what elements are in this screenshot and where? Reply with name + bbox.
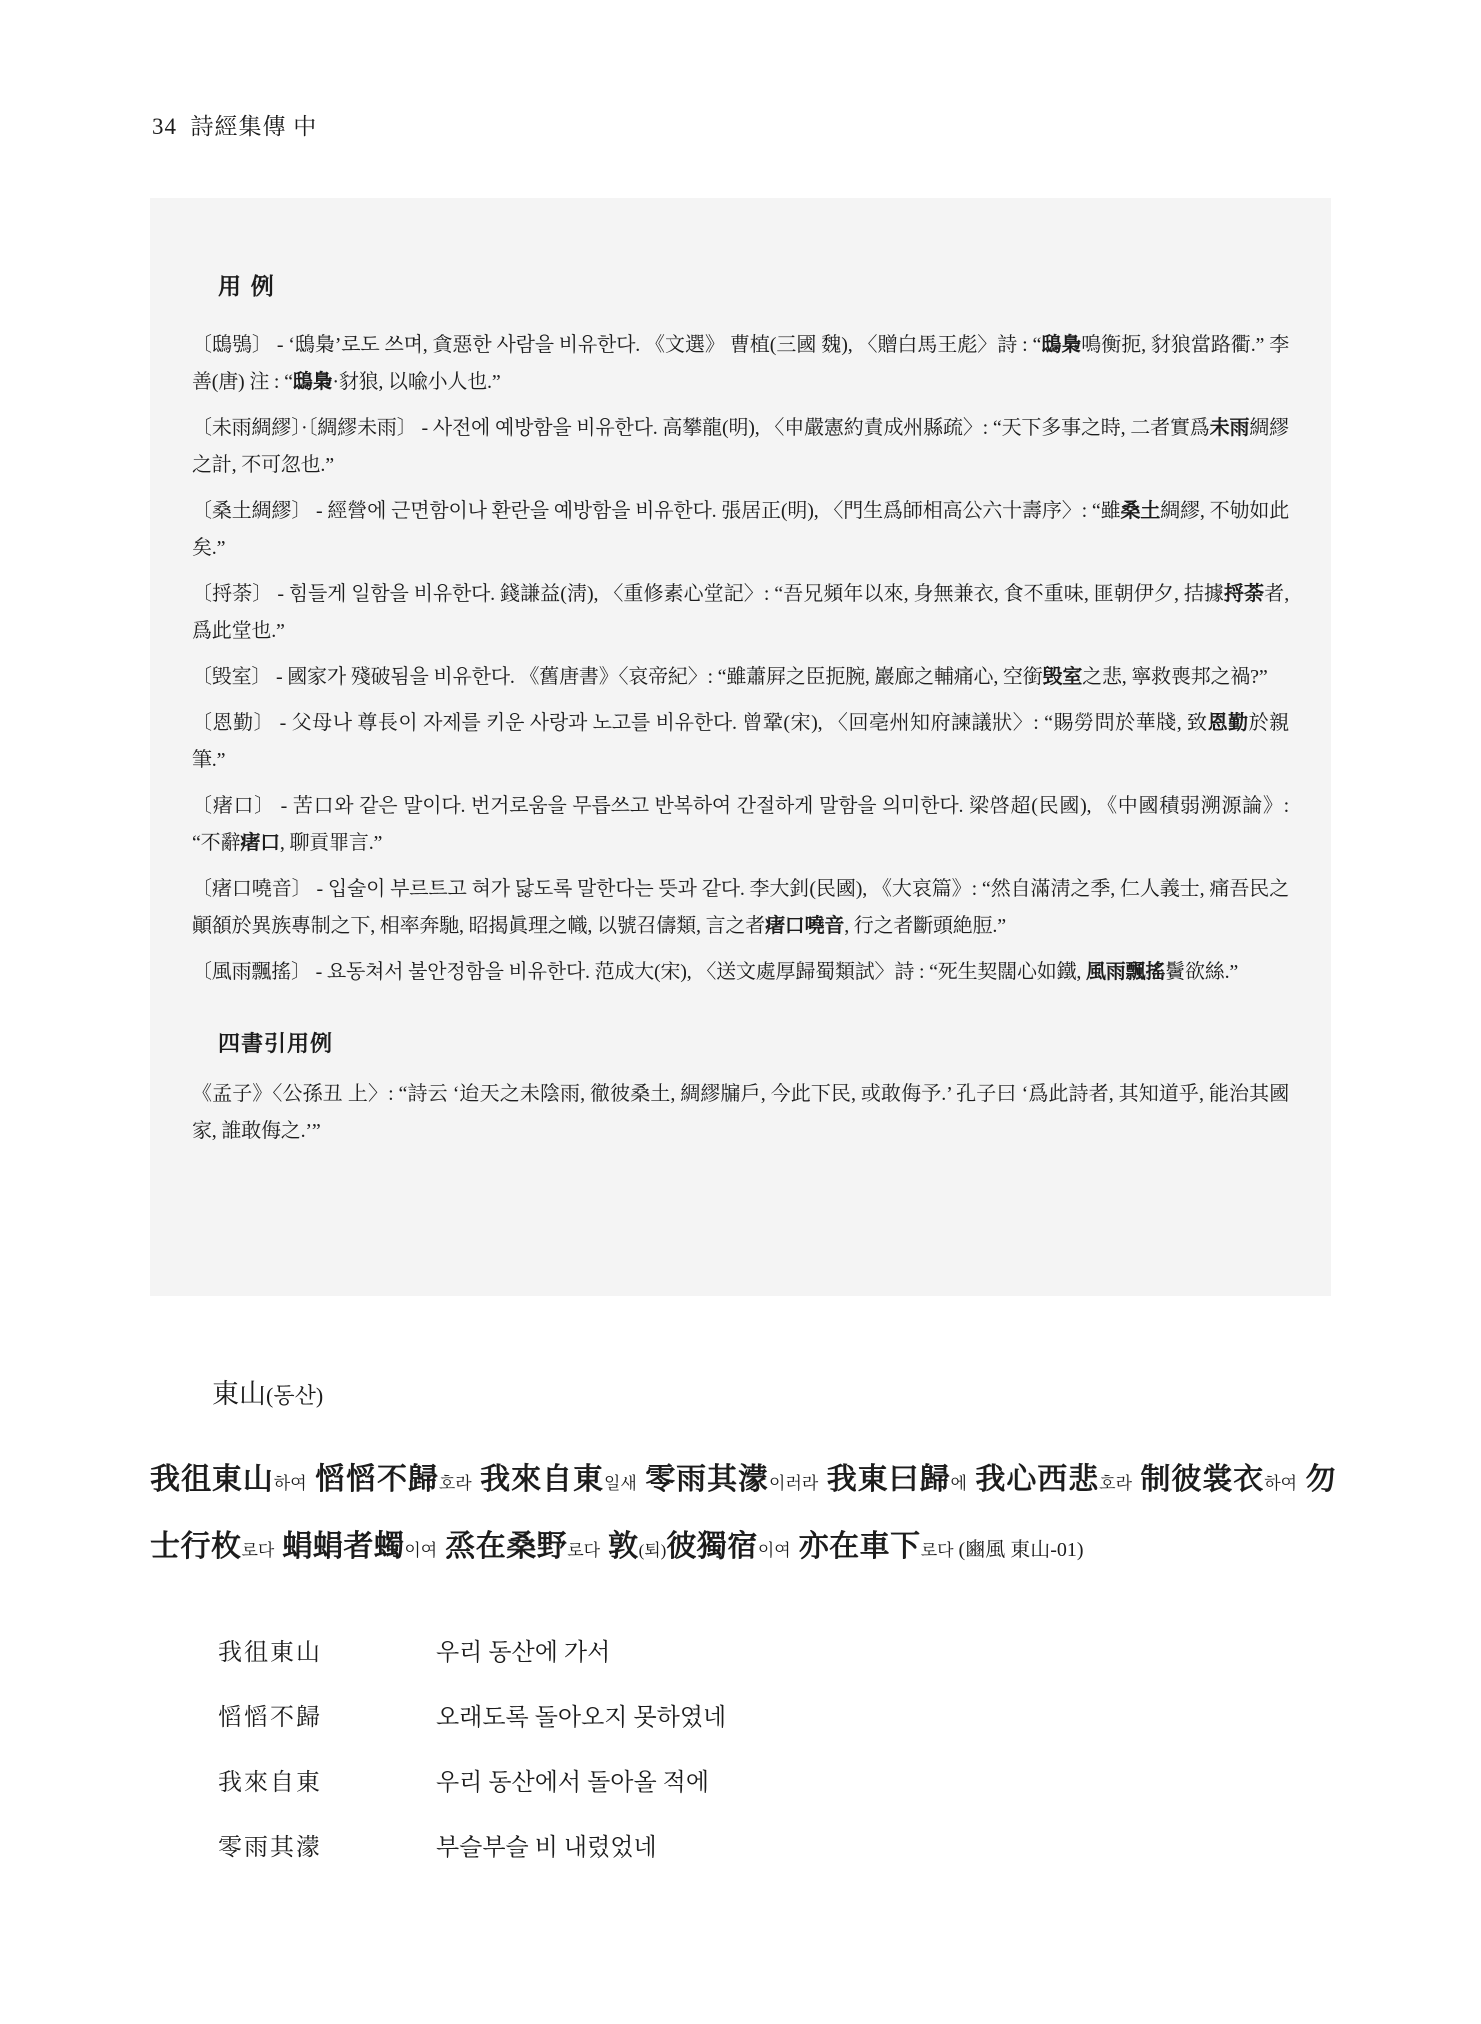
usage-entry-chi-xiao: 〔鴟鴞〕 - ‘鴟梟’로도 쓰며, 貪惡한 사람을 비유한다. 《文選》 曹植(… — [192, 327, 1289, 401]
gloss-korean: 부슬부슬 비 내렸었네 — [436, 1827, 657, 1862]
gloss-hanzi: 我徂東山 — [218, 1632, 436, 1667]
page-header: 34 詩經集傳 中 — [152, 108, 317, 141]
gloss-hanzi: 零雨其濛 — [218, 1827, 436, 1862]
gloss-row: 零雨其濛부슬부슬 비 내렸었네 — [218, 1827, 1218, 1892]
usage-examples-box: 用 例 〔鴟鴞〕 - ‘鴟梟’로도 쓰며, 貪惡한 사람을 비유한다. 《文選》… — [150, 198, 1331, 1296]
poem-title: 東山(동산) — [212, 1372, 323, 1411]
poem-title-hanzi: 東山 — [212, 1379, 266, 1409]
usage-entry-sang-tu-chou-mou: 〔桑土綢繆〕 - 經營에 근면함이나 환란을 예방함을 비유한다. 張居正(明)… — [192, 493, 1289, 567]
gloss-row: 我徂東山우리 동산에 가서 — [218, 1632, 1218, 1697]
usage-entry-hui-shi: 〔毁室〕 - 國家가 殘破됨을 비유한다. 《舊唐書》〈哀帝紀〉: “雖蕭屛之臣… — [192, 659, 1289, 696]
poem-body: 我徂東山하여 慆慆不歸호라 我來自東일새 零雨其濛이러라 我東曰歸에 我心西悲호… — [150, 1448, 1336, 1582]
gloss-hanzi: 慆慆不歸 — [218, 1697, 436, 1732]
gloss-row: 慆慆不歸오래도록 돌아오지 못하였네 — [218, 1697, 1218, 1762]
four-books-citation-paragraph: 《孟子》〈公孫丑 上〉: “詩云 ‘迨天之未陰雨, 徹彼桑土, 綢繆牖戶, 今此… — [192, 1076, 1289, 1150]
gloss-korean: 오래도록 돌아오지 못하였네 — [436, 1697, 726, 1732]
usage-entry-luo-tu: 〔捋荼〕 - 힘들게 일함을 비유한다. 錢謙益(淸), 〈重修素心堂記〉: “… — [192, 576, 1289, 650]
gloss-row: 我來自東우리 동산에서 돌아올 적에 — [218, 1762, 1218, 1827]
usage-entry-tu-kou-xiao-yin: 〔瘏口嘵音〕 - 입술이 부르트고 혀가 닳도록 말한다는 뜻과 같다. 李大釗… — [192, 871, 1289, 945]
usage-entry-en-qin: 〔恩勤〕 - 父母나 尊長이 자제를 키운 사랑과 노고를 비유한다. 曾鞏(宋… — [192, 705, 1289, 779]
gloss-table: 我徂東山우리 동산에 가서 慆慆不歸오래도록 돌아오지 못하였네 我來自東우리 … — [218, 1632, 1218, 1892]
gloss-korean: 우리 동산에서 돌아올 적에 — [436, 1762, 709, 1797]
usage-entry-tu-kou: 〔瘏口〕 - 苦口와 같은 말이다. 번거로움을 무릅쓰고 반복하여 간절하게 … — [192, 788, 1289, 862]
poem-title-korean: (동산) — [266, 1383, 323, 1408]
gloss-korean: 우리 동산에 가서 — [436, 1632, 610, 1667]
gloss-hanzi: 我來自東 — [218, 1762, 436, 1797]
usage-entry-feng-yu-piao-yao: 〔風雨飄搖〕 - 요동쳐서 불안정함을 비유한다. 范成大(宋), 〈送文處厚歸… — [192, 954, 1289, 991]
usage-title: 用 例 — [218, 268, 1289, 301]
usage-entry-wei-yu-chou-mou: 〔未雨綢繆〕·〔綢繆未雨〕 - 사전에 예방함을 비유한다. 高攀龍(明), 〈… — [192, 410, 1289, 484]
four-books-citation-title: 四書引用例 — [218, 1027, 1289, 1058]
